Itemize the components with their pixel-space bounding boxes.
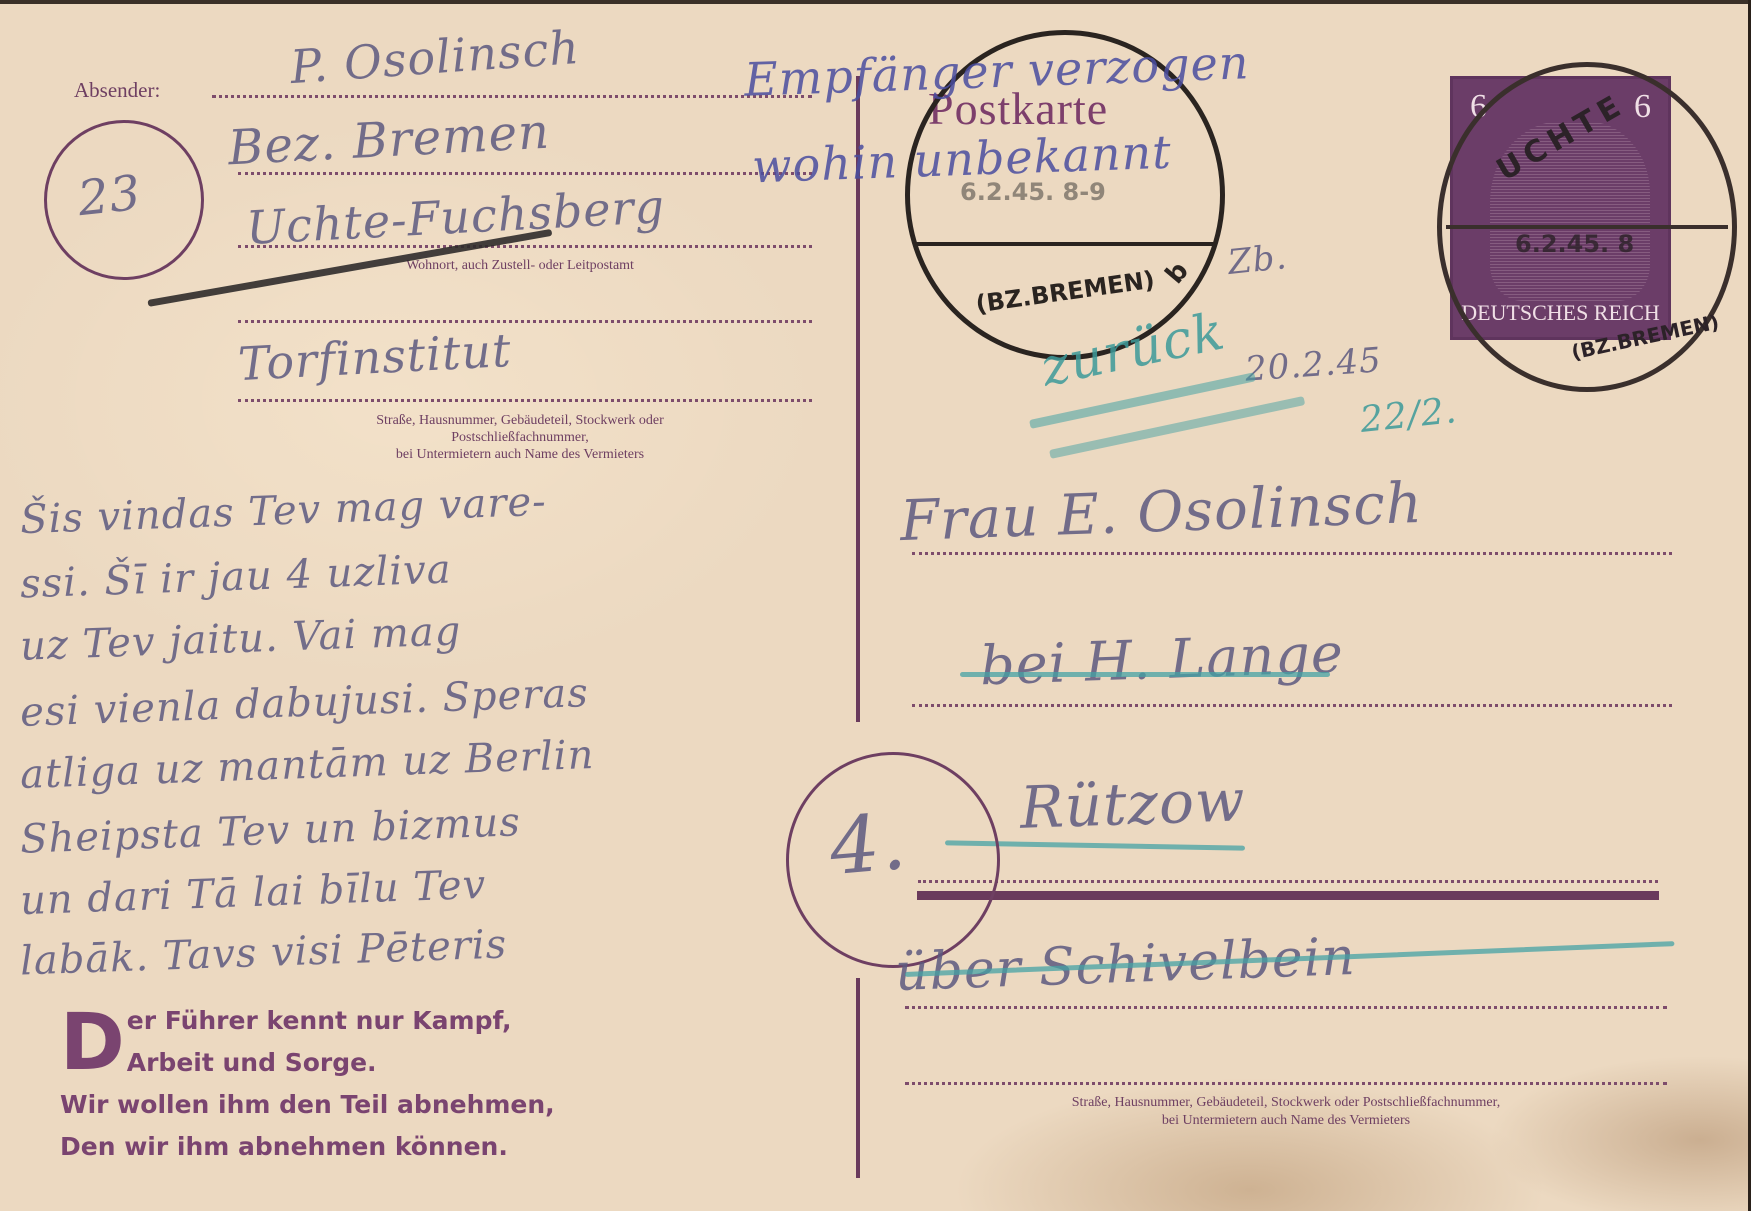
message-line-7: un dari Tā lai bīlu Tev — [19, 862, 487, 924]
message-line-2: ssi. Šī ir jau 4 uzliva — [19, 546, 452, 607]
recipient-line-2 — [912, 704, 1672, 707]
postmark-right-date: 6.2.45. 8 — [1515, 230, 1634, 258]
propaganda-slogan: D er Führer kennt nur Kampf, Arbeit und … — [60, 1000, 555, 1168]
sender-district: Bez. Bremen — [227, 104, 551, 177]
sender-label: Absender: — [74, 78, 160, 103]
recipient-line-4 — [905, 1006, 1667, 1009]
postcard: Absender: Wohnort, auch Zustell- oder Le… — [0, 0, 1751, 1211]
message-line-5: atliga uz mantām uz Berlin — [19, 732, 595, 798]
recipient-careof-strike — [960, 672, 1330, 677]
note-date: 20.2.45 — [1244, 340, 1383, 389]
recipient-line-5 — [905, 1082, 1667, 1085]
recipient-hint-1: Straße, Hausnummer, Gebäudeteil, Stockwe… — [905, 1094, 1667, 1111]
sender-line-5 — [238, 399, 812, 402]
sender-line-4 — [238, 320, 812, 323]
recipient-careof: bei H. Lange — [979, 622, 1345, 698]
slogan-line-3: Wir wollen ihm den Teil abnehmen, — [60, 1084, 555, 1126]
message-line-3: uz Tev jaitu. Vai mag — [19, 608, 462, 669]
slogan-line-1: er Führer kennt nur Kampf, — [60, 1000, 555, 1042]
recipient-name: Frau E. Osolinsch — [899, 471, 1424, 554]
recipient-line-3 — [918, 880, 1658, 883]
postmark-right-bar — [1446, 225, 1728, 229]
hint-street-3: bei Untermietern auch Name des Vermieter… — [290, 446, 750, 463]
sender-line-2 — [238, 172, 812, 175]
message-line-8: labāk. Tavs visi Pēteris — [19, 922, 508, 985]
slogan-initial: D — [60, 1004, 125, 1082]
sender-line-1 — [212, 95, 812, 98]
recipient-postcode: 4. — [826, 797, 910, 893]
center-divider-bottom — [856, 978, 860, 1178]
recipient-town: Rützow — [1019, 766, 1247, 842]
recipient-hint-2: bei Untermietern auch Name des Vermieter… — [905, 1112, 1667, 1129]
slogan-line-2: Arbeit und Sorge. — [60, 1042, 555, 1084]
hint-street-1: Straße, Hausnummer, Gebäudeteil, Stockwe… — [290, 412, 750, 429]
sender-street: Torfinstitut — [237, 323, 513, 391]
sender-postcode: 23 — [75, 165, 144, 227]
message-line-4: esi vienla dabujusi. Speras — [19, 670, 589, 736]
sender-name: P. Osolinsch — [288, 20, 581, 94]
recipient-town-underline — [917, 891, 1659, 900]
hint-street-2: Postschließfachnummer, — [290, 429, 750, 446]
postmark-left-bar — [914, 242, 1216, 246]
sender-town: Uchte-Fuchsberg — [245, 179, 666, 255]
slogan-line-4: Den wir ihm abnehmen können. — [60, 1126, 555, 1168]
teal-date: 22/2. — [1358, 390, 1459, 441]
message-line-1: Šis vindas Tev mag vare- — [19, 479, 547, 543]
recipient-line-1 — [912, 552, 1672, 555]
teal-scribble-2 — [1049, 396, 1305, 459]
message-line-6: Sheipsta Tev un bizmus — [19, 799, 521, 862]
note-zb: Zb. — [1226, 237, 1289, 283]
